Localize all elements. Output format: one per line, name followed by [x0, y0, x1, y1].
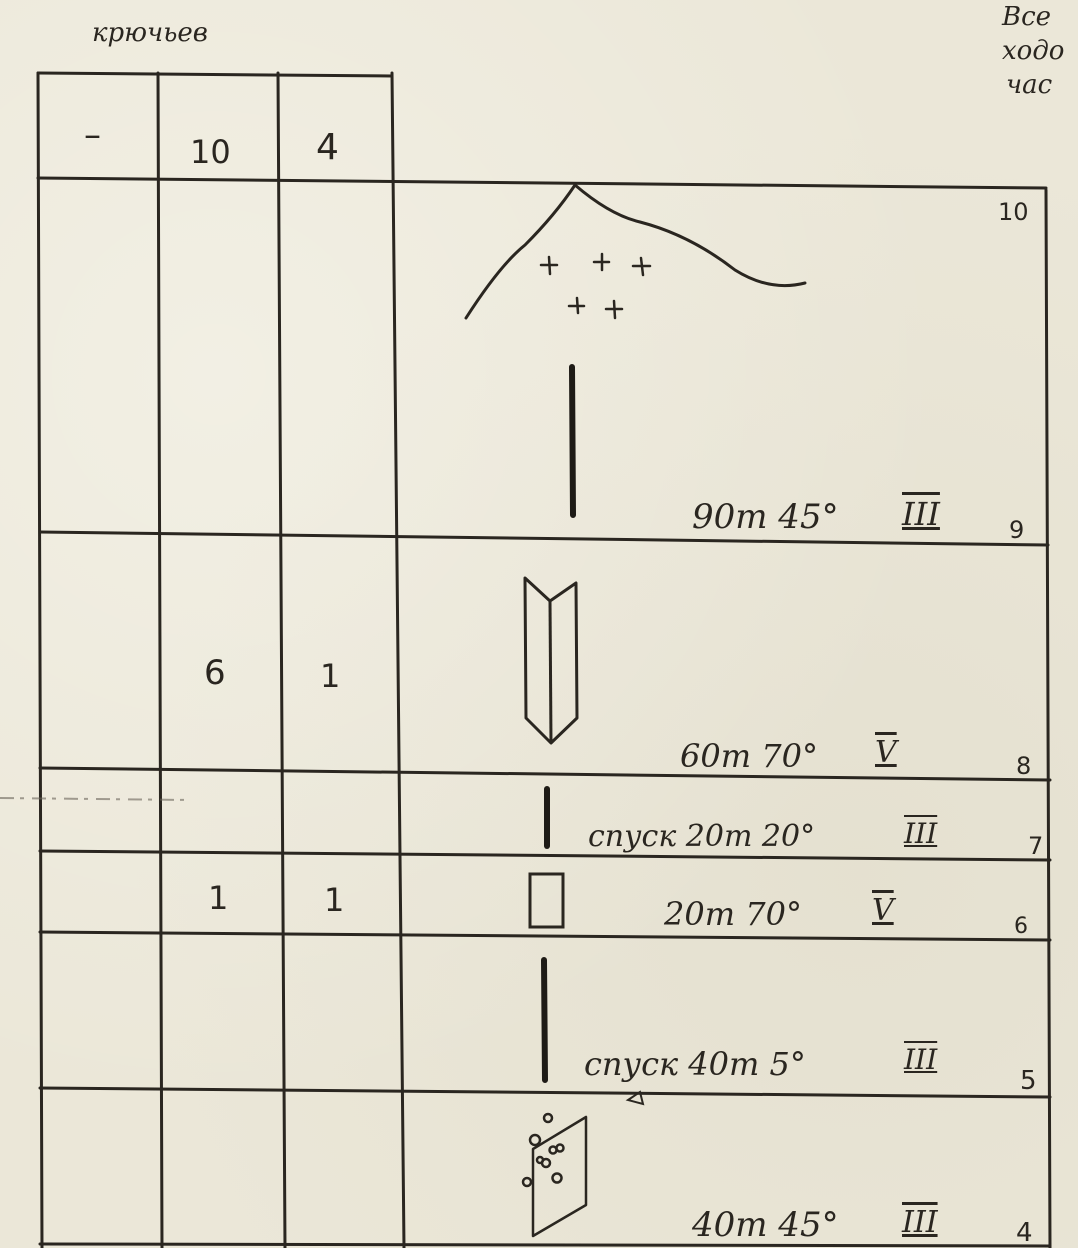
pitch-description: 90m 45° [692, 500, 839, 534]
section-number-10: 10 [998, 200, 1029, 224]
header-cell-col1: – [84, 118, 101, 152]
cell-col3: 1 [320, 660, 340, 692]
header-cell-col3: 4 [316, 130, 339, 166]
difficulty-grade: III [904, 1046, 937, 1074]
wall-block-icon [530, 874, 563, 927]
pitch-description: спуск 40m 5° [584, 1048, 806, 1080]
pitch-description: спуск 20m 20° [588, 822, 815, 852]
route-line-icon [544, 960, 545, 1080]
section-number: 6 [1014, 916, 1028, 938]
section-number: 8 [1016, 754, 1031, 778]
summit-ridge-icon [466, 185, 805, 318]
section-number: 5 [1020, 1068, 1037, 1094]
cell-col3: 1 [324, 884, 344, 916]
difficulty-grade: III [904, 820, 937, 848]
crosses-icon [541, 254, 650, 318]
difficulty-grade: III [902, 1208, 938, 1238]
difficulty-grade: V [875, 738, 897, 768]
section-number: 7 [1028, 834, 1043, 858]
cell-col2: 1 [208, 882, 228, 914]
cell-col2: 6 [204, 656, 226, 690]
header-cell-col2: 10 [190, 136, 231, 168]
dihedral-icon [525, 578, 577, 743]
header-right-fragment-2: ходо [1002, 38, 1064, 64]
section-number: 4 [1016, 1220, 1033, 1246]
section-number: 9 [1009, 518, 1024, 542]
pitch-description: 40m 45° [692, 1208, 839, 1242]
difficulty-grade: V [872, 896, 894, 926]
route-line-icon [572, 367, 573, 515]
pitch-description: 60m 70° [680, 740, 818, 772]
header-right-fragment-3: час [1006, 72, 1052, 98]
pitch-description: 20m 70° [664, 898, 802, 930]
header-label-hooks: крючьев [92, 20, 208, 46]
header-right-fragment-1: Все [1002, 4, 1051, 30]
slab-with-holds-icon [523, 1114, 586, 1236]
difficulty-grade: III [902, 498, 940, 530]
